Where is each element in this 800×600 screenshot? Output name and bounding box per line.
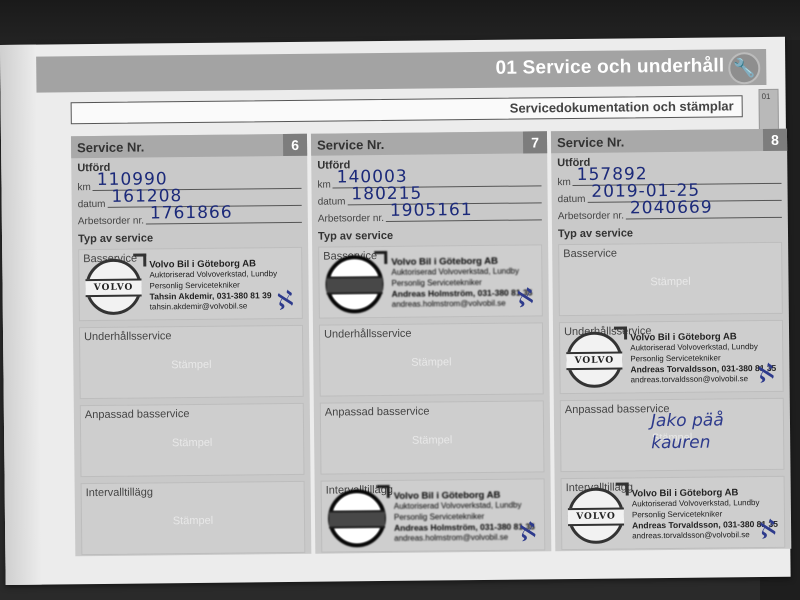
volvo-logo-icon: VOLVO [566,332,623,389]
stamp-line1: Auktoriserad Volvoverkstad, Lundby [630,342,776,354]
arbetsorder-handwritten-value: 1905161 [390,200,473,221]
service-nr-label: Service Nr. [77,139,144,155]
service-card-7: Service Nr.7Utfördkm140003datum180215Arb… [311,131,551,553]
arbetsorder-field: Arbetsorder nr.1761866 [78,208,302,227]
card-header: Service Nr.7 [311,131,547,155]
stamp-email: andreas.holmstrom@volvobil.se [392,298,533,310]
km-label: km [557,177,570,188]
service-type-slot: Anpassad basserviceStämpel [80,403,305,477]
service-type-slot: UnderhållsserviceVOLVOVolvo Bil i Götebo… [559,320,784,394]
volvo-logo-icon: VOLVO [568,487,625,544]
service-type-slot: BasserviceVOLVOVolvo Bil i Göteborg ABAu… [78,247,303,321]
service-type-name: Underhållsservice [84,330,172,343]
wrench-icon: 🔧 [728,52,760,84]
stamp-line1: Auktoriserad Volvoverkstad, Lundby [391,267,532,279]
stamp-text: Volvo Bil i Göteborg ABAuktoriserad Volv… [630,332,776,386]
performed-fields: Utfördkm140003datum180215Arbetsorder nr.… [311,153,548,242]
card-header: Service Nr.6 [71,134,307,158]
arbetsorder-field: Arbetsorder nr.1905161 [318,205,542,224]
service-type-name: Anpassad basservice [325,406,430,419]
dealer-stamp: VOLVOVolvo Bil i Göteborg ABAuktoriserad… [328,485,541,549]
service-type-name: Intervalltillägg [86,486,153,499]
section-header: 01 Service och underhåll 🔧 [36,49,766,93]
stamp-placeholder: Stämpel [80,358,302,372]
performed-fields: Utfördkm157892datum2019-01-25Arbetsorder… [551,151,788,240]
service-number: 8 [763,129,787,151]
volvo-logo-text: VOLVO [566,352,622,371]
volvo-logo-text: VOLVO [329,510,385,529]
service-type-slot: Anpassad basserviceStämpel [320,400,545,474]
performed-fields: Utfördkm110990datum161208Arbetsorder nr.… [71,156,308,245]
dealer-stamp: VOLVOVolvo Bil i Göteborg ABAuktoriserad… [566,327,779,391]
arbetsorder-field: Arbetsorder nr.2040669 [558,203,782,222]
km-label: km [77,182,90,193]
stamp-text: Volvo Bil i Göteborg ABAuktoriserad Volv… [391,256,532,310]
service-card-8: Service Nr.8Utfördkm157892datum2019-01-2… [551,129,791,551]
service-type-slot: IntervalltilläggVOLVOVolvo Bil i Götebor… [561,476,786,550]
dealer-stamp: VOLVOVolvo Bil i Göteborg ABAuktoriserad… [325,251,538,315]
stamp-email: andreas.torvaldsson@volvobil.se [630,374,776,386]
service-nr-label: Service Nr. [557,134,624,150]
service-booklet-page: 01 Service och underhåll 🔧 Servicedokume… [0,37,791,585]
handwritten-note: Jako päåkauren [651,409,724,454]
section-title: 01 Service och underhåll [495,55,724,79]
volvo-logo-icon: VOLVO [328,489,387,548]
stamp-placeholder: Stämpel [82,514,304,528]
volvo-logo-text: VOLVO [326,276,382,295]
service-card-6: Service Nr.6Utfördkm110990datum161208Arb… [71,134,311,556]
stamp-technician: Tahsin Akdemir, 031-380 81 39 [150,290,278,302]
volvo-logo-text: VOLVO [568,507,624,526]
datum-label: datum [78,199,106,210]
arbetsorder-line: 1905161 [386,218,542,222]
service-type-slot: Anpassad basserviceStämpelJako päåkauren [560,398,785,472]
stamp-placeholder: Stämpel [320,355,542,369]
arbetsorder-label: Arbetsorder nr. [318,213,384,225]
service-type-slot: BasserviceVOLVOVolvo Bil i Göteborg ABAu… [318,244,543,318]
subheader-title: Servicedokumentation och stämplar [510,98,734,115]
arbetsorder-handwritten-value: 2040669 [630,198,713,219]
service-type-slot: IntervalltilläggStämpel [81,481,306,555]
service-number: 7 [523,131,547,153]
stamp-text: Volvo Bil i Göteborg ABAuktoriserad Volv… [632,488,778,542]
stamp-line1: Auktoriserad Volvoverkstad, Lundby [632,498,778,510]
service-nr-label: Service Nr. [317,137,384,153]
volvo-logo-text: VOLVO [85,279,141,298]
typ-av-service-label: Typ av service [558,226,782,240]
service-type-name: Anpassad basservice [85,408,190,421]
card-header: Service Nr.8 [551,129,787,153]
arbetsorder-line: 2040669 [626,216,782,220]
stamp-line1: Auktoriserad Volvoverkstad, Lundby [149,269,277,281]
volvo-logo-icon: VOLVO [85,259,142,316]
stamp-text: Volvo Bil i Göteborg ABAuktoriserad Volv… [149,259,277,313]
subheader-box: Servicedokumentation och stämplar [71,95,743,124]
volvo-logo-icon: VOLVO [325,255,384,314]
dealer-stamp: VOLVOVolvo Bil i Göteborg ABAuktoriserad… [85,254,298,318]
stamp-placeholder: Stämpel [559,275,781,289]
datum-label: datum [318,196,346,207]
arbetsorder-handwritten-value: 1761866 [150,203,233,224]
stamp-placeholder: Stämpel [81,436,303,450]
stamp-text: Volvo Bil i Göteborg ABAuktoriserad Volv… [394,490,535,544]
stamp-line1: Auktoriserad Volvoverkstad, Lundby [394,501,535,513]
page-fold [0,45,42,585]
stamp-email: andreas.torvaldsson@volvobil.se [632,530,778,542]
service-type-slot: UnderhållsserviceStämpel [319,322,544,396]
service-type-name: Underhållsservice [324,328,412,341]
service-type-slot: BasserviceStämpel [558,242,783,316]
typ-av-service-label: Typ av service [78,231,302,245]
datum-label: datum [558,194,586,205]
stamp-email: andreas.holmstrom@volvobil.se [394,532,535,544]
stamp-placeholder: Stämpel [321,433,543,447]
note-line: kauren [651,431,724,454]
note-line: Jako päå [651,409,724,432]
service-type-name: Basservice [563,248,617,261]
service-type-slot: IntervalltilläggVOLVOVolvo Bil i Götebor… [321,478,546,552]
km-label: km [317,180,330,191]
arbetsorder-label: Arbetsorder nr. [78,216,144,228]
dealer-stamp: VOLVOVolvo Bil i Göteborg ABAuktoriserad… [568,483,781,547]
stamp-email: tahsin.akdemir@volvobil.se [150,301,278,313]
typ-av-service-label: Typ av service [318,228,542,242]
service-number: 6 [283,134,307,156]
arbetsorder-line: 1761866 [146,221,302,225]
arbetsorder-label: Arbetsorder nr. [558,210,624,222]
service-type-slot: UnderhållsserviceStämpel [79,325,304,399]
